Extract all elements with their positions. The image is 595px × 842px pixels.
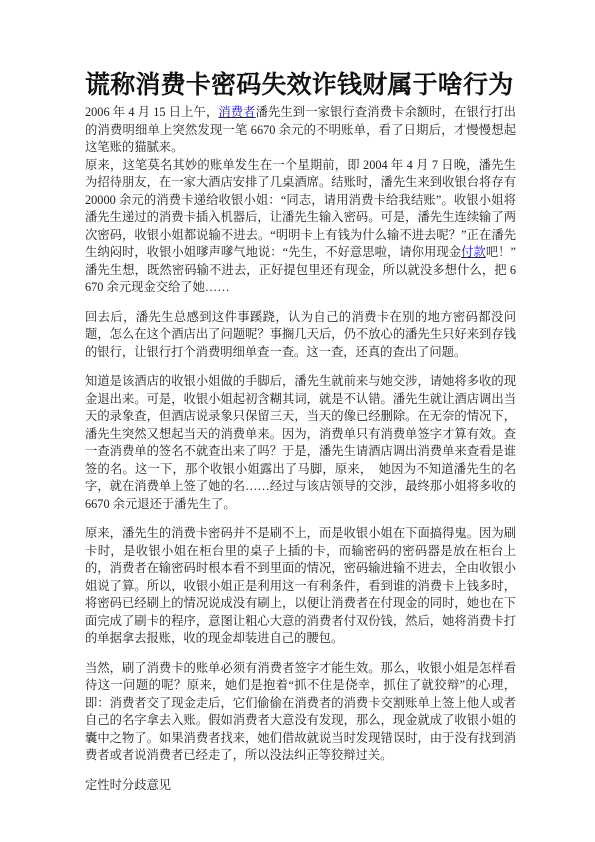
paragraph-doubt: 回去后，潘先生总感到这件事蹊跷，认为自己的消费卡在别的地方密码都没问题，怎么在这… xyxy=(85,309,516,362)
article-title: 谎称消费卡密码失效诈钱财属于啥行为 xyxy=(85,70,516,101)
paragraph-text: 2006 年 4 月 15 日上午， xyxy=(85,105,218,119)
paragraph-trick-explained: 原来，潘先生的消费卡密码并不是刷不上，而是收银小姐在下面搞得鬼。因为刷卡时，是收… xyxy=(85,525,516,648)
paragraph-story: 原来，这笔莫名其妙的账单发生在一个星期前，即 2004 年 4 月 7 日晚，潘… xyxy=(85,157,516,297)
paragraph-signature-scheme: 当然，刷了消费卡的账单必须有消费者签字才能生效。那么，收银小姐是怎样看待这一问题… xyxy=(85,660,516,765)
document-page: 谎称消费卡密码失效诈钱财属于啥行为 2006 年 4 月 15 日上午，消费者潘… xyxy=(0,0,595,842)
link-payment[interactable]: 付款 xyxy=(461,245,486,259)
paragraph-intro: 2006 年 4 月 15 日上午，消费者潘先生到一家银行查消费卡余额时，在银行… xyxy=(85,104,516,157)
paragraph-text: 原来，这笔莫名其妙的账单发生在一个星期前，即 2004 年 4 月 7 日晚，潘… xyxy=(85,158,516,260)
section-heading-opinions: 定性时分歧意见 xyxy=(85,777,516,795)
paragraph-negotiation: 知道是该酒店的收银小姐做的手脚后，潘先生就前来与她交涉，请她将多收的现金退出来。… xyxy=(85,373,516,513)
link-consumer[interactable]: 消费者 xyxy=(218,105,255,119)
